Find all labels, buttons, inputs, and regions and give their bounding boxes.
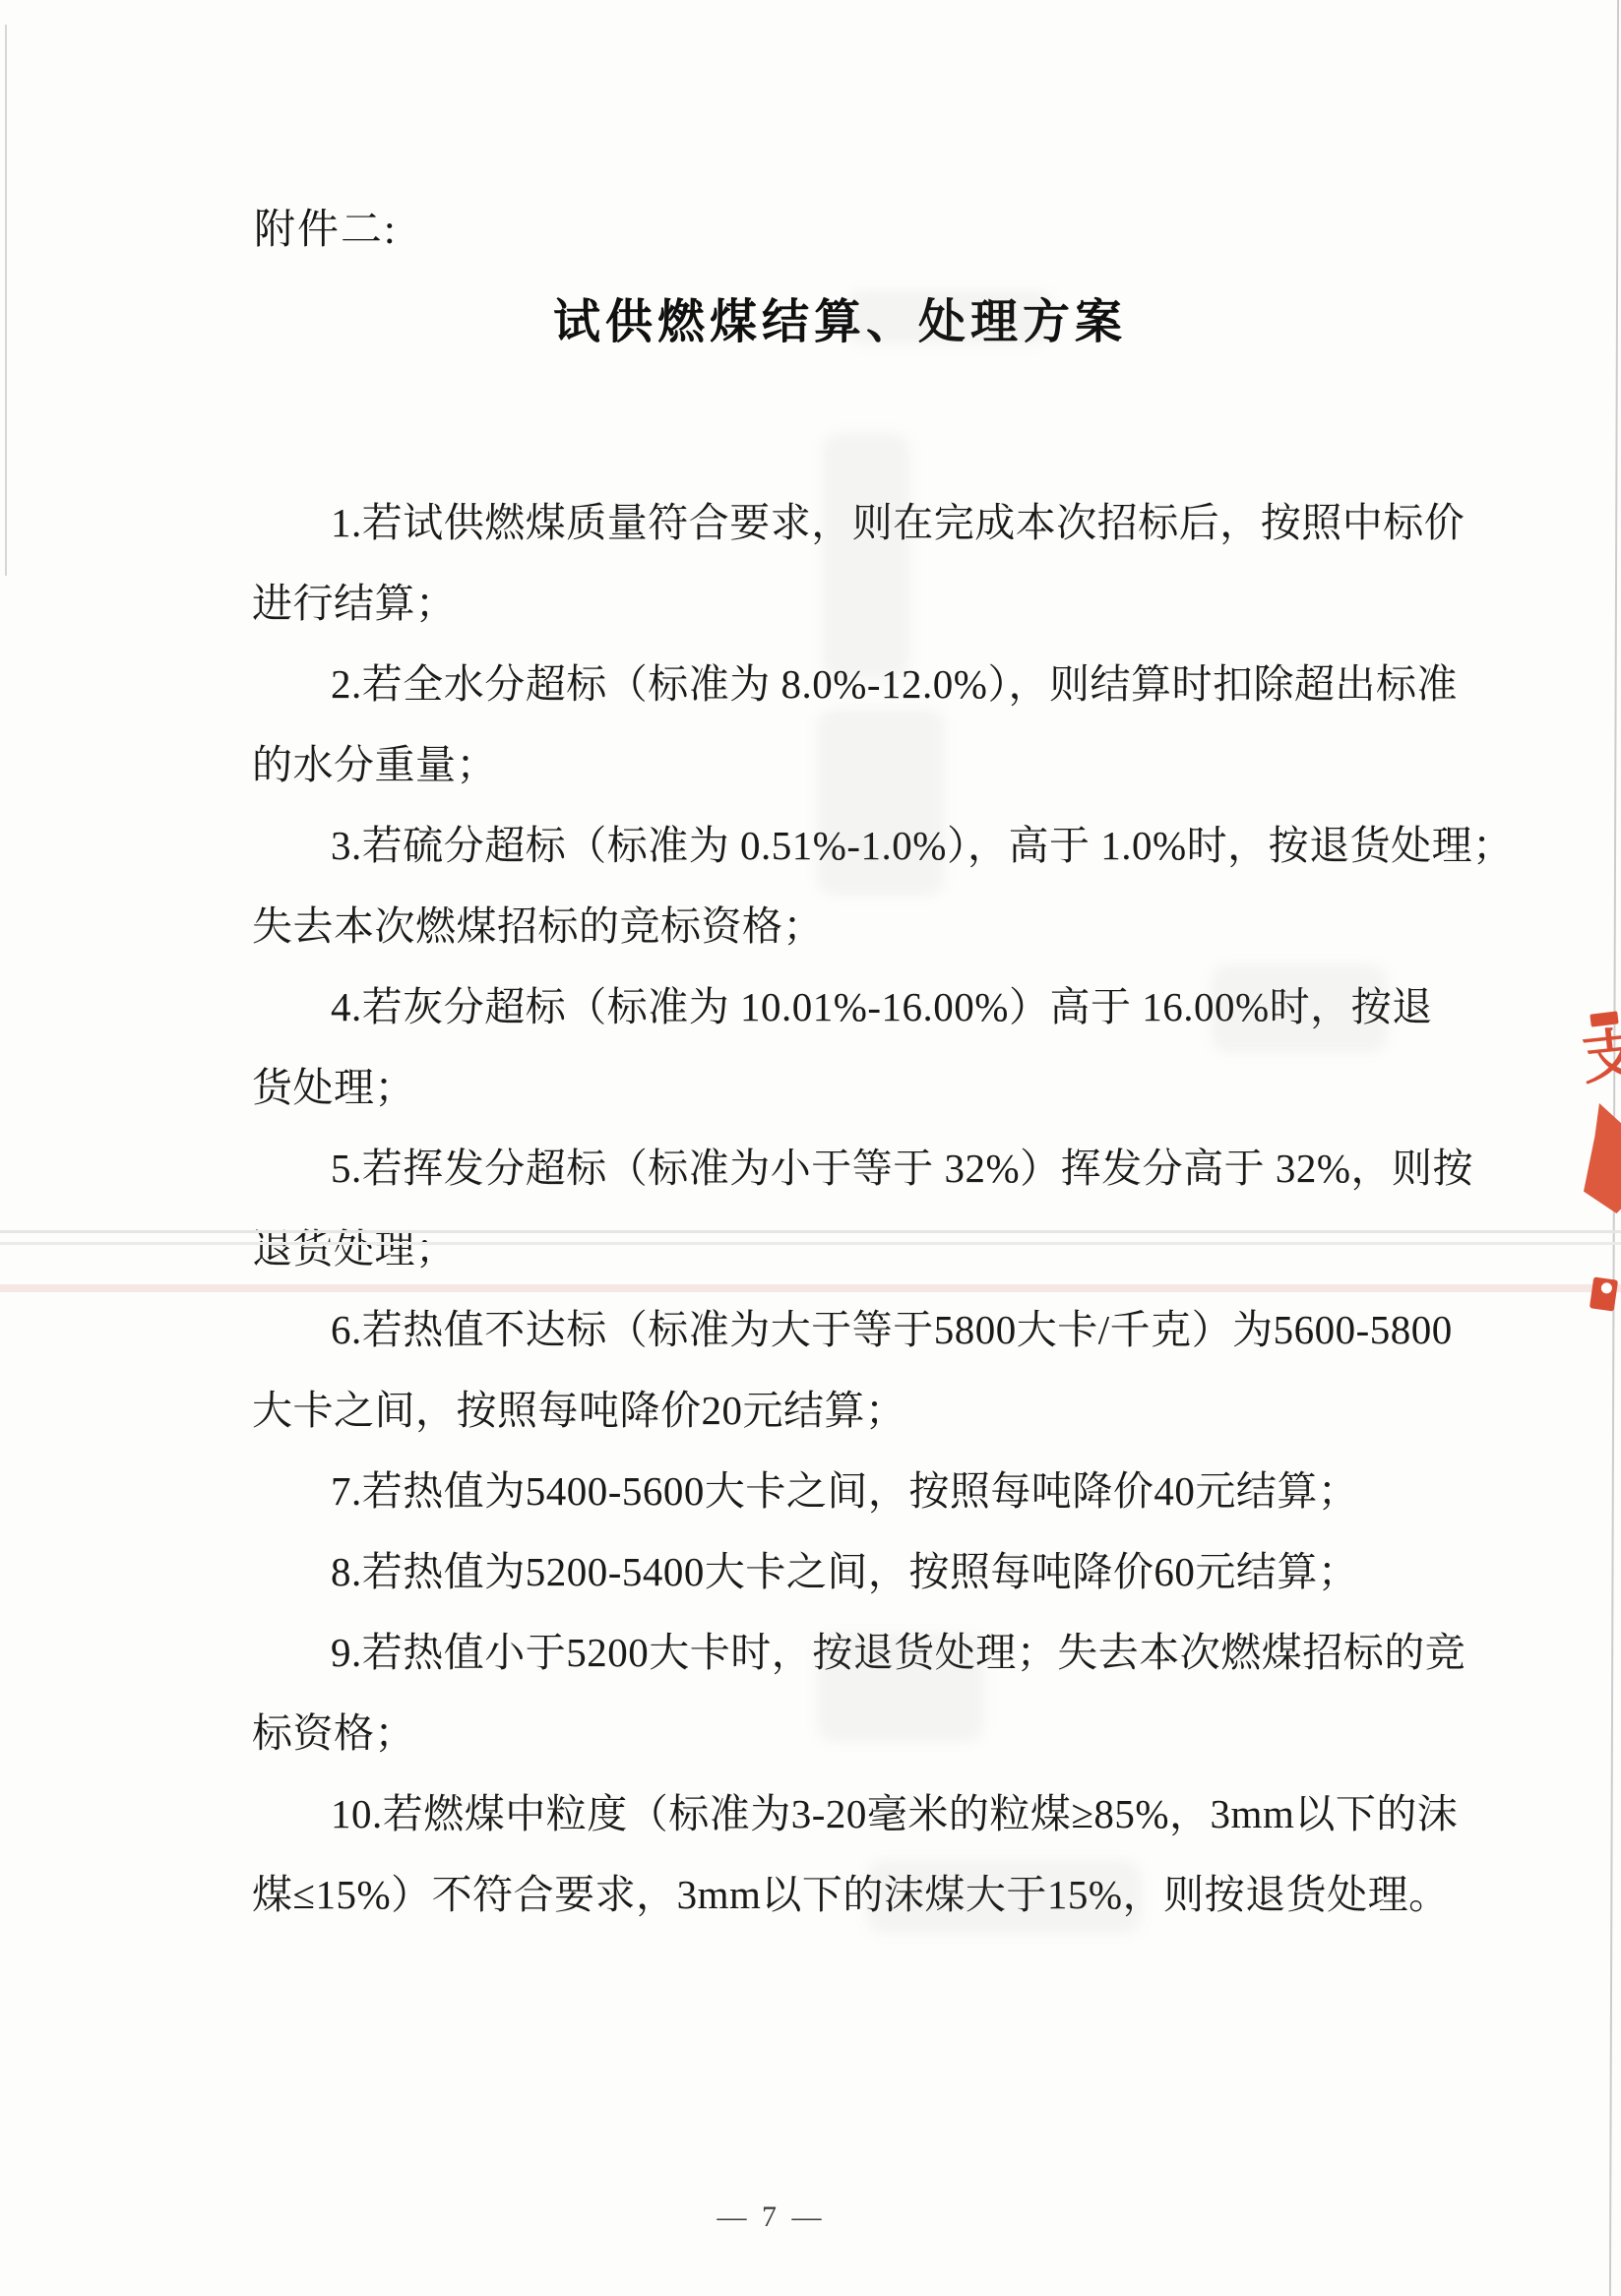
paragraph-line: 大卡之间，按照每吨降价20元结算； xyxy=(252,1370,1443,1451)
paragraph-line: 退货处理； xyxy=(252,1209,1443,1289)
list-item: 8.若热值为5200-5400大卡之间，按照每吨降价60元结算； xyxy=(252,1531,1443,1612)
scanned-page: 附件二: 试供燃煤结算、处理方案 1.若试供燃煤质量符合要求，则在完成本次招标后… xyxy=(0,0,1621,2296)
paragraph-line: 10.若燃煤中粒度（标准为3-20毫米的粒煤≥85%，3mm以下的沫 xyxy=(252,1773,1443,1854)
paragraph-line: 失去本次燃煤招标的竞标资格； xyxy=(252,886,1443,966)
scan-streak xyxy=(0,1230,1621,1233)
bleedthrough-smudge xyxy=(866,1860,1142,1934)
paragraph-line: 6.若热值不达标（标准为大于等于5800大卡/千克）为5600-5800 xyxy=(252,1289,1443,1370)
document-title: 试供燃煤结算、处理方案 xyxy=(30,283,1621,351)
stamp-character: 支 xyxy=(1580,1025,1621,1094)
bleedthrough-smudge xyxy=(817,709,945,896)
list-item: 5.若挥发分超标（标准为小于等于 32%）挥发分高于 32%，则按 退货处理； xyxy=(252,1128,1443,1289)
list-item: 10.若燃煤中粒度（标准为3-20毫米的粒煤≥85%，3mm以下的沫 煤≤15%… xyxy=(252,1773,1443,1935)
attachment-label: 附件二: xyxy=(254,197,398,256)
list-item: 6.若热值不达标（标准为大于等于5800大卡/千克）为5600-5800 大卡之… xyxy=(252,1289,1443,1451)
bleedthrough-smudge xyxy=(817,1634,984,1742)
paragraph-line: 煤≤15%）不符合要求，3mm以下的沫煤大于15%，则按退货处理。 xyxy=(252,1854,1443,1935)
scan-streak xyxy=(0,1284,1621,1292)
stamp-small-mark xyxy=(1590,1276,1618,1311)
stamp-mark-hole xyxy=(1600,1282,1612,1294)
paragraph-line: 8.若热值为5200-5400大卡之间，按照每吨降价60元结算； xyxy=(252,1531,1443,1612)
paragraph-line: 7.若热值为5400-5600大卡之间，按照每吨降价40元结算； xyxy=(252,1451,1443,1531)
paragraph-line: 5.若挥发分超标（标准为小于等于 32%）挥发分高于 32%，则按 xyxy=(252,1128,1443,1209)
list-item: 7.若热值为5400-5600大卡之间，按照每吨降价40元结算； xyxy=(252,1451,1443,1531)
paragraph-line: 货处理； xyxy=(252,1047,1443,1128)
stamp-blob xyxy=(1584,1103,1621,1213)
bleedthrough-smudge xyxy=(1211,964,1388,1053)
bleedthrough-smudge xyxy=(846,290,1053,344)
scan-edge-line-left xyxy=(5,25,7,576)
page-number: — 7 — xyxy=(0,2201,1582,2234)
scan-streak xyxy=(0,1242,1621,1245)
bleedthrough-smudge xyxy=(822,433,910,679)
